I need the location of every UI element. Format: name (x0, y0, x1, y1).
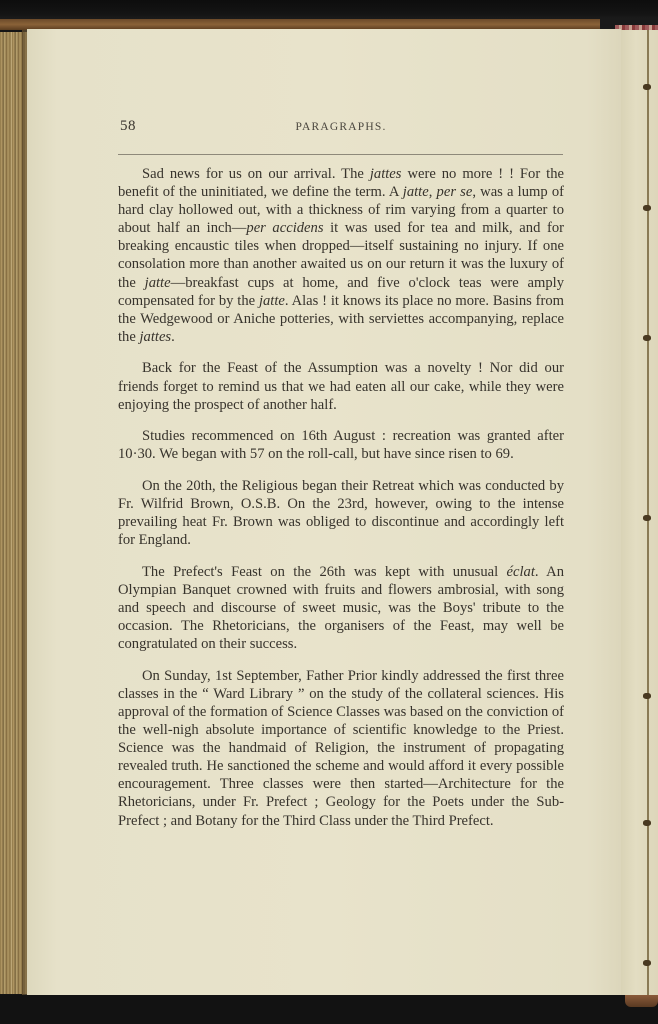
italic-term: jattes (139, 329, 171, 345)
body-text: Sad news for us on our arrival. The jatt… (118, 165, 564, 843)
cover-corner (625, 995, 658, 1007)
text-run: The Prefect's Feast on the 26th was kept… (142, 564, 507, 580)
binding-thread-mark (643, 84, 651, 90)
text-run: . (171, 329, 175, 345)
italic-term: jatte (145, 275, 171, 291)
italic-term: per accidens (246, 220, 323, 236)
paragraph-assumption: Back for the Feast of the Assumption was… (118, 359, 564, 413)
paragraph-science-classes: On Sunday, 1st September, Father Prior k… (118, 667, 564, 830)
paragraph-retreat: On the 20th, the Religious began their R… (118, 477, 564, 549)
book-cover-bottom (0, 995, 658, 1024)
text-run: Back for the Feast of the Assumption was… (118, 360, 564, 412)
running-title: PARAGRAPHS. (118, 121, 564, 133)
binding-thread-mark (643, 693, 651, 699)
paragraph-jattes: Sad news for us on our arrival. The jatt… (118, 165, 564, 346)
italic-term: jatte (259, 293, 285, 309)
binding-thread-mark (643, 820, 651, 826)
book-scan: 58 PARAGRAPHS. Sad news for us on our ar… (0, 0, 658, 1024)
text-run: On Sunday, 1st September, Father Prior k… (118, 668, 564, 829)
text-run: , (429, 184, 437, 200)
paragraph-prefects-feast: The Prefect's Feast on the 26th was kept… (118, 563, 564, 653)
binding-thread-mark (643, 515, 651, 521)
italic-term: éclat (507, 564, 535, 580)
italic-term: jattes (370, 166, 402, 182)
paragraph-studies: Studies recommenced on 16th August : rec… (118, 427, 564, 463)
italic-term: jatte (403, 184, 429, 200)
text-run: On the 20th, the Religious began their R… (118, 478, 564, 548)
binding-thread-mark (643, 205, 651, 211)
facing-page-edge (621, 30, 658, 996)
binding-thread-mark (643, 960, 651, 966)
binding-thread-mark (643, 335, 651, 341)
text-run: Sad news for us on our arrival. The (142, 166, 370, 182)
gutter-line (647, 30, 649, 996)
italic-term: per se (437, 184, 473, 200)
running-head: 58 PARAGRAPHS. (118, 118, 564, 140)
text-run: Studies recommenced on 16th August : rec… (118, 428, 564, 462)
header-rule (118, 154, 563, 155)
